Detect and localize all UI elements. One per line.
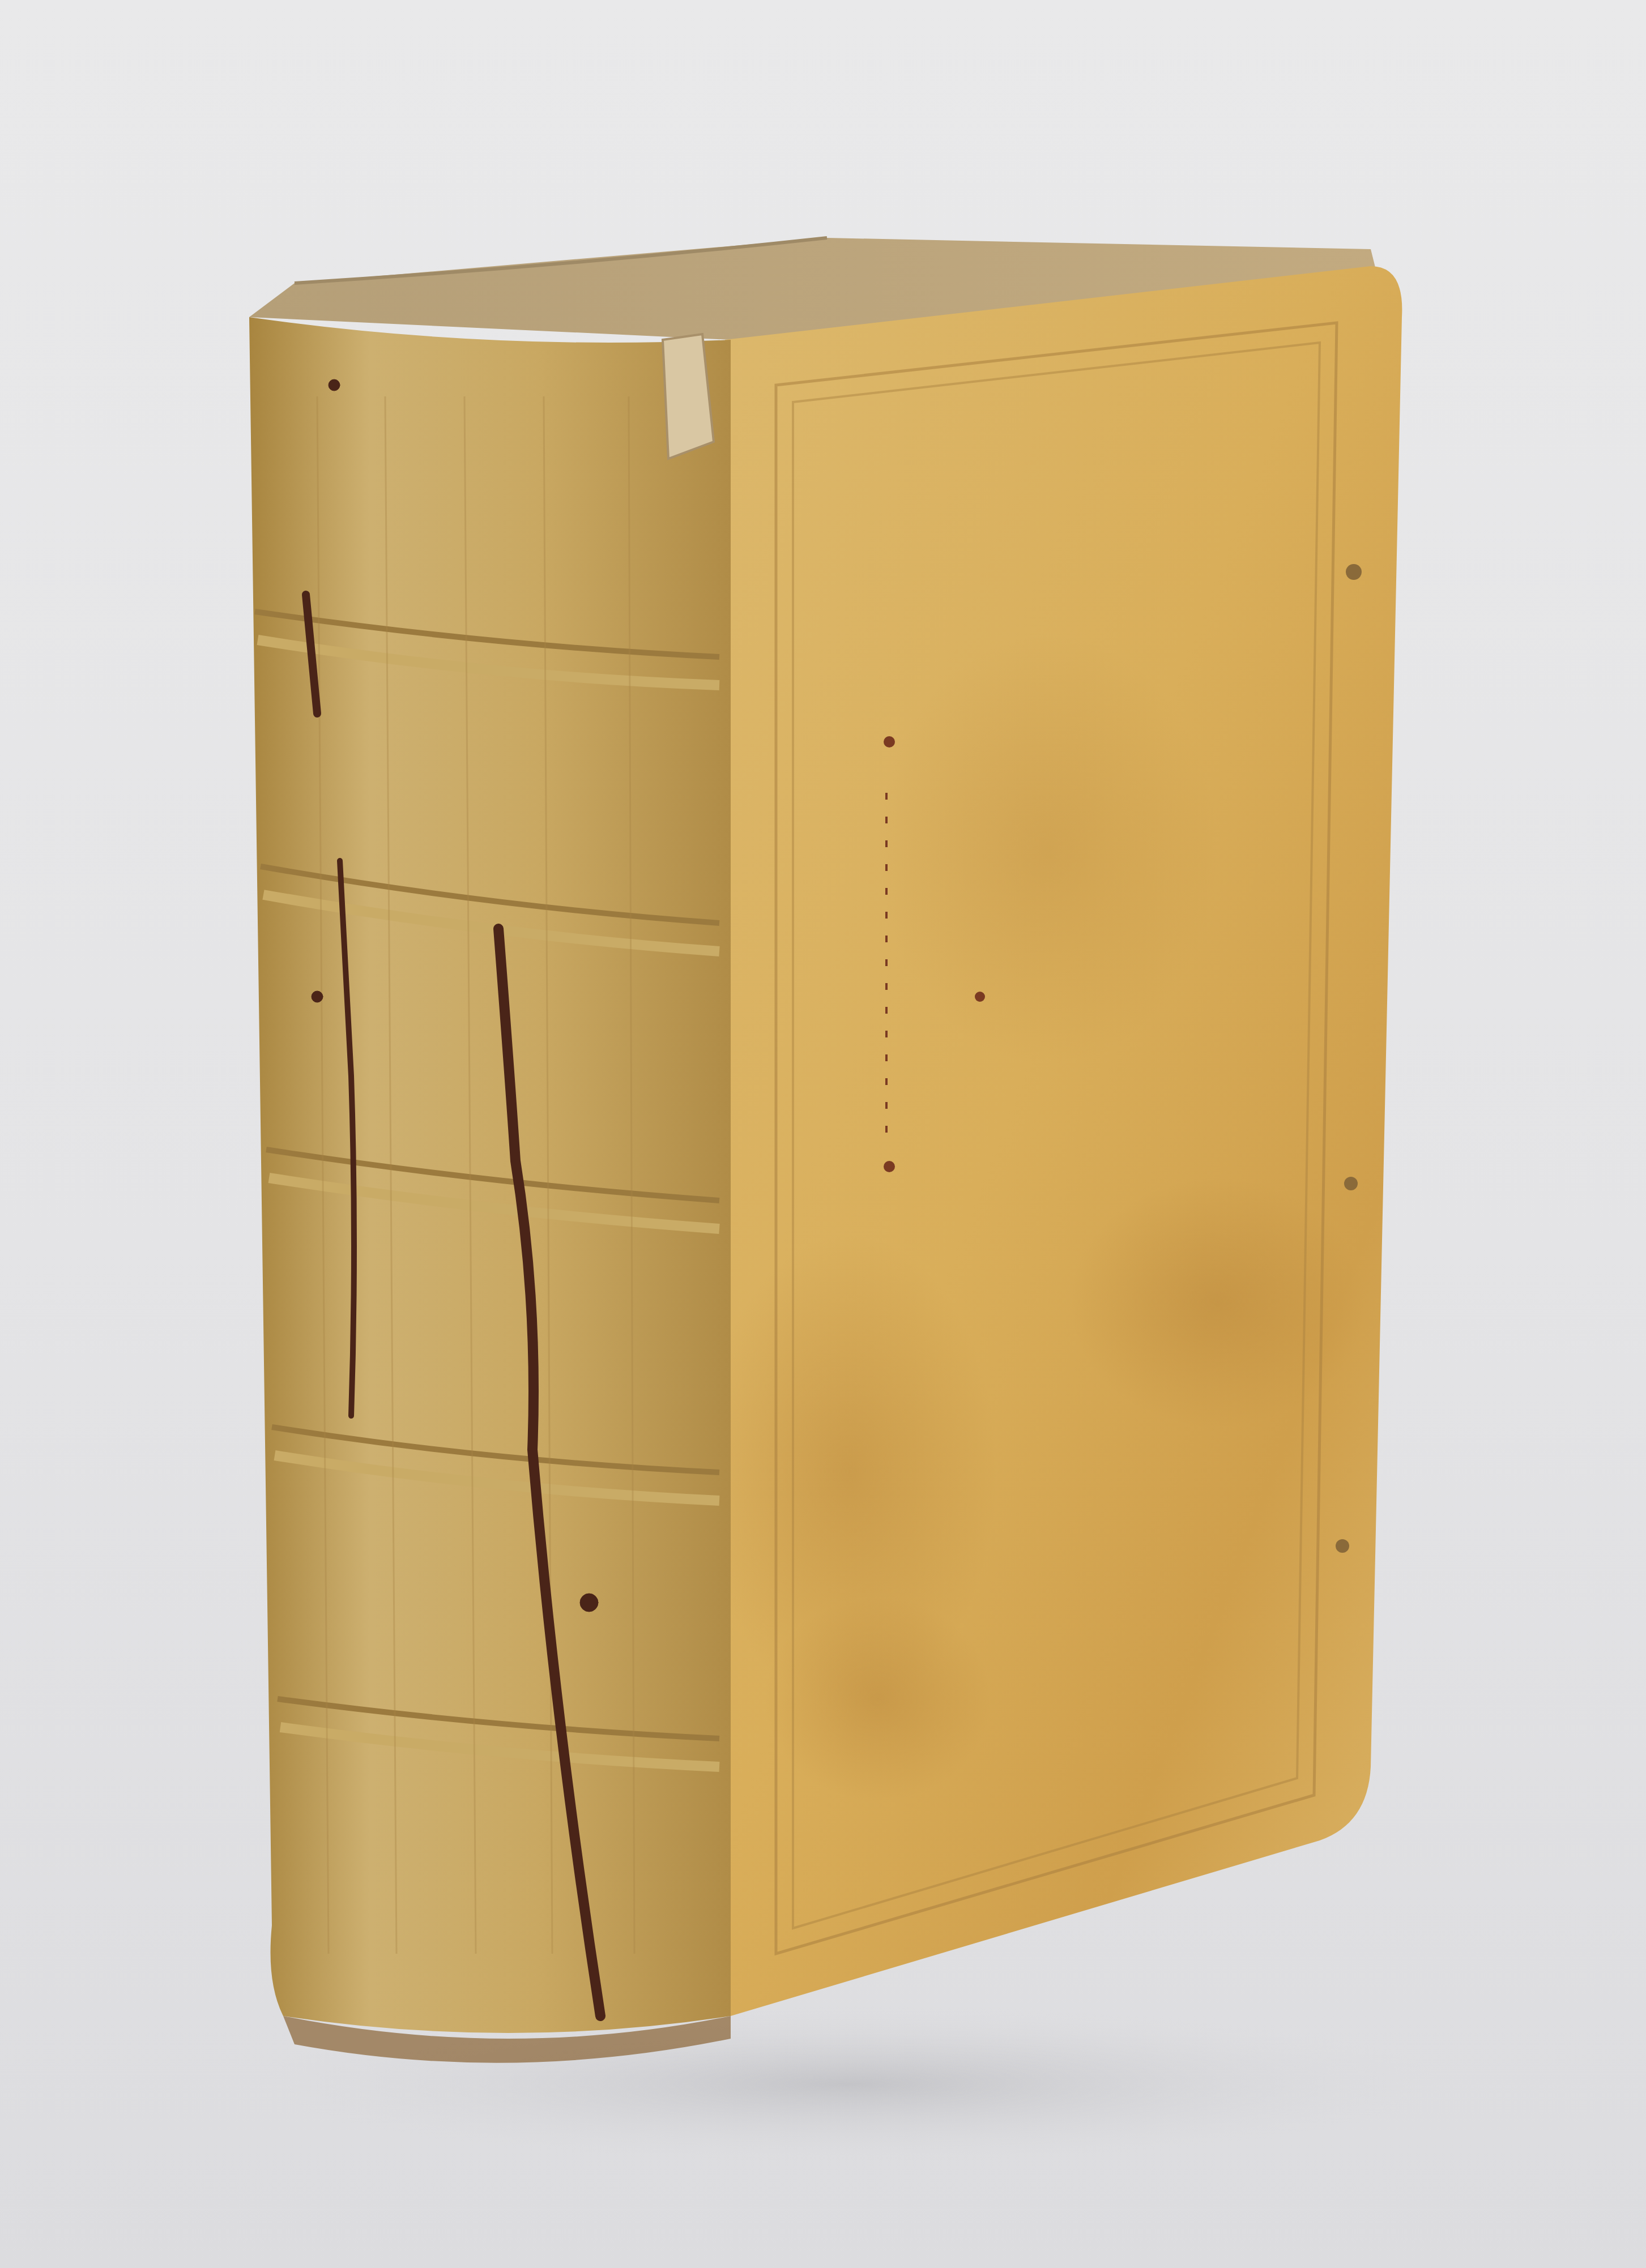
front-cover [702, 266, 1402, 2016]
book-illustration [0, 0, 1646, 2268]
photo-scene: Antique book bound in limp vellum, stand… [0, 0, 1646, 2268]
book-spine [249, 317, 731, 2033]
